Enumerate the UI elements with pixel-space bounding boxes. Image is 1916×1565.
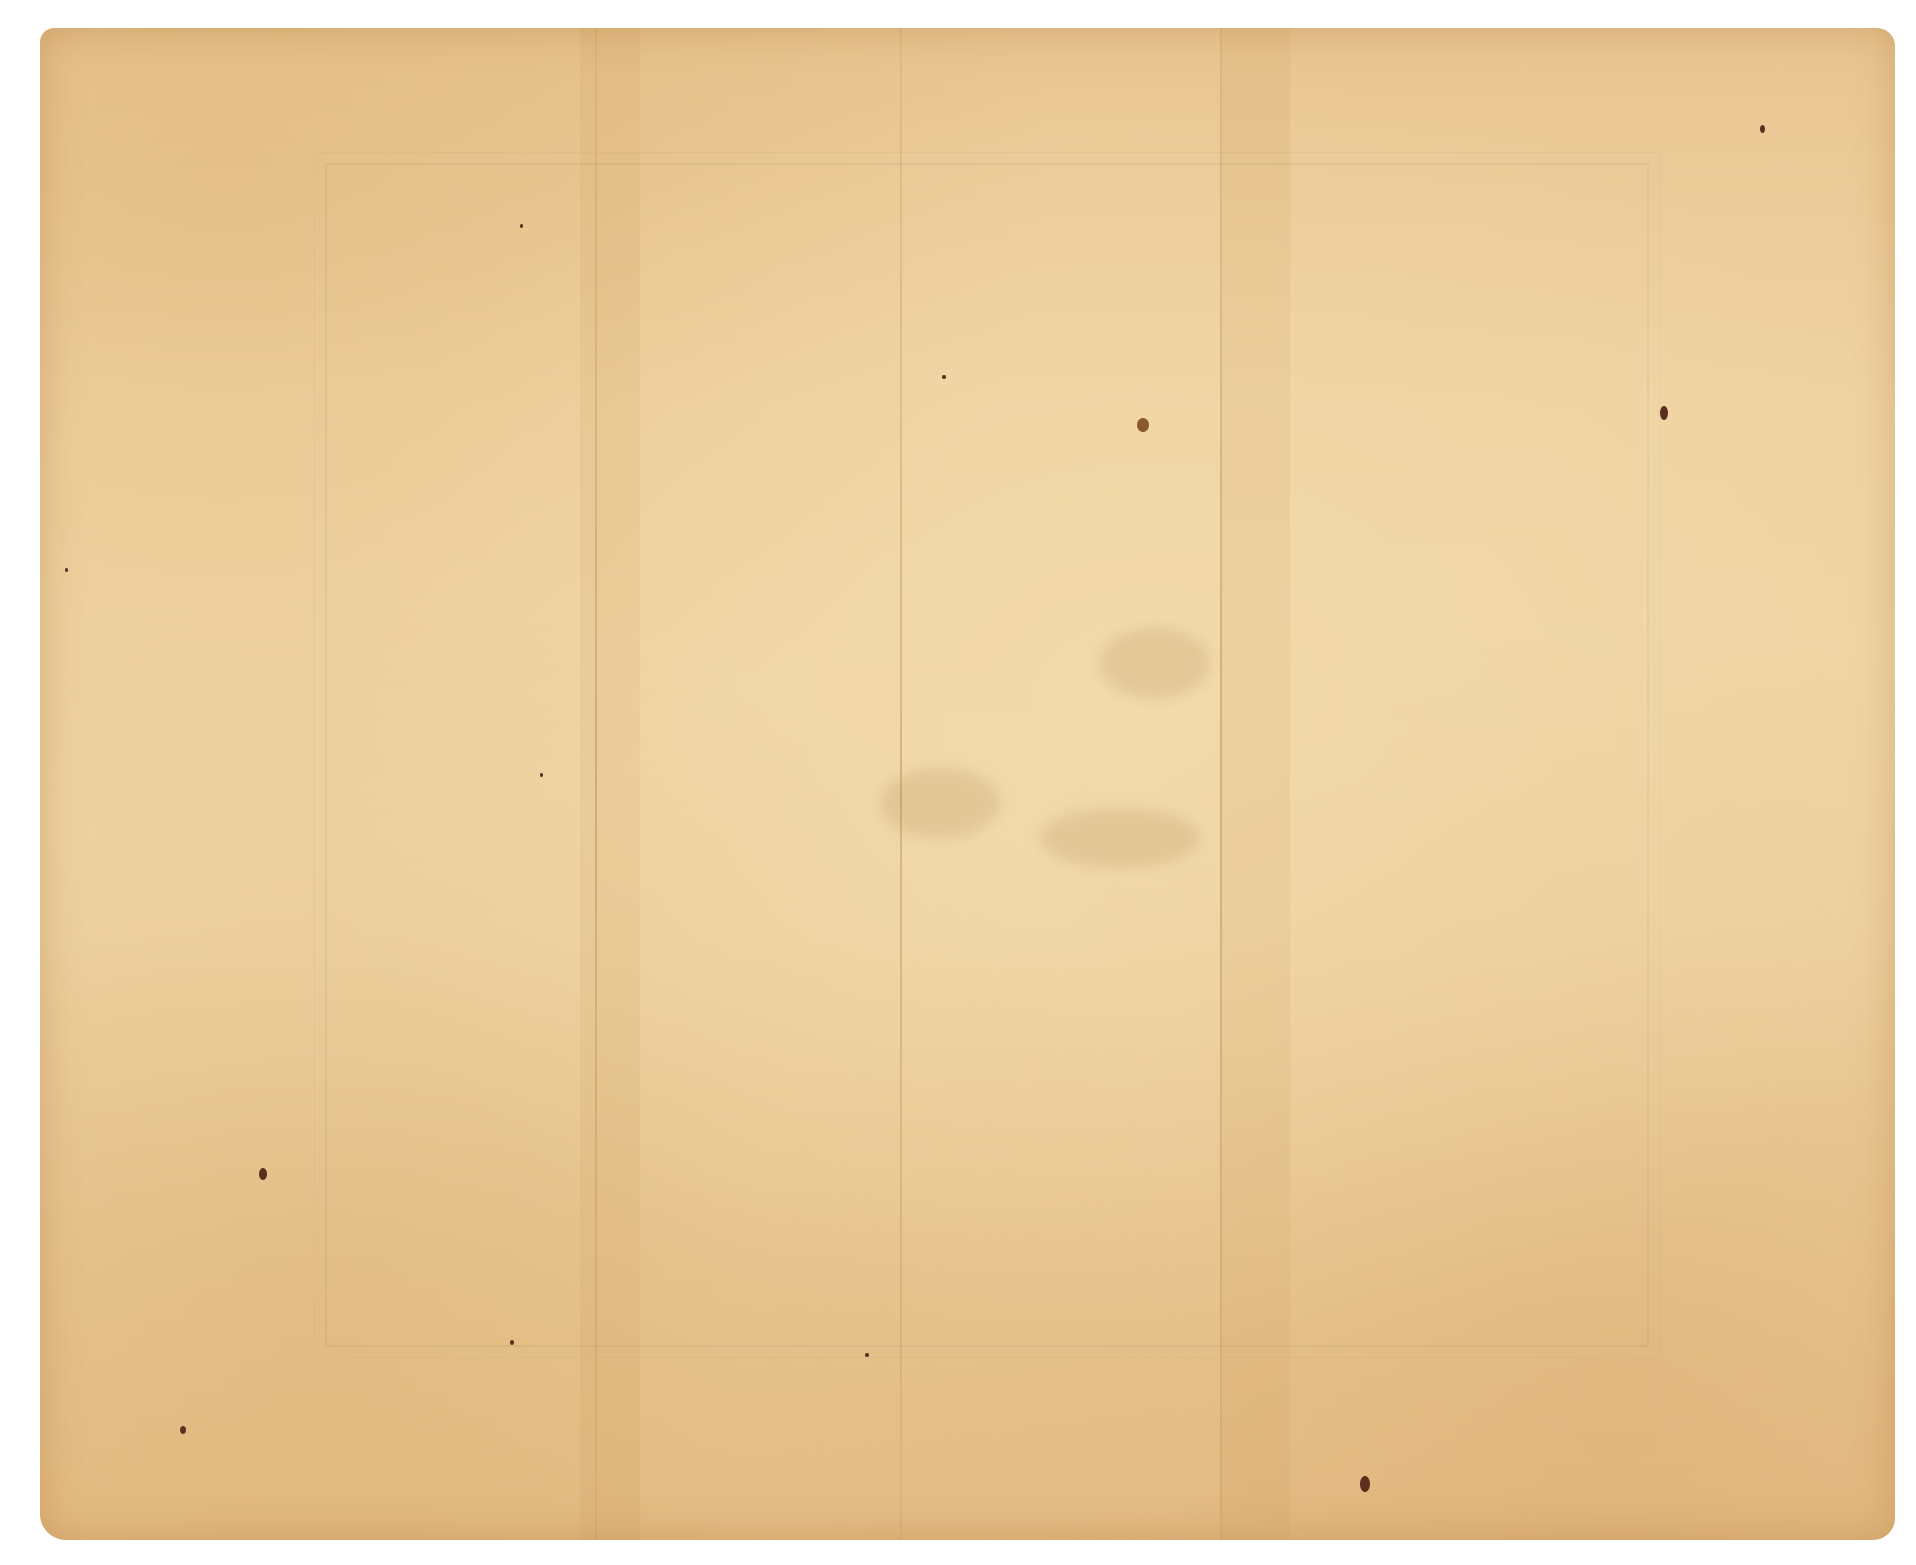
stain-speck xyxy=(1760,125,1765,133)
smudge xyxy=(1100,628,1210,698)
stain-speck xyxy=(180,1426,186,1434)
stain-speck xyxy=(520,224,523,228)
smudge xyxy=(1040,808,1200,868)
stain-speck xyxy=(865,1353,869,1357)
smudge xyxy=(880,768,1000,838)
stain-speck xyxy=(942,375,946,379)
stain-speck xyxy=(259,1168,267,1180)
stain-speck xyxy=(1660,406,1668,420)
show-through-frame xyxy=(325,163,1649,1347)
stain-speck xyxy=(65,568,68,572)
stain-speck xyxy=(540,773,543,777)
aged-paper-sheet xyxy=(40,28,1895,1540)
stain-speck xyxy=(1360,1476,1370,1492)
stain-speck xyxy=(1137,418,1149,432)
stain-speck xyxy=(510,1340,514,1345)
